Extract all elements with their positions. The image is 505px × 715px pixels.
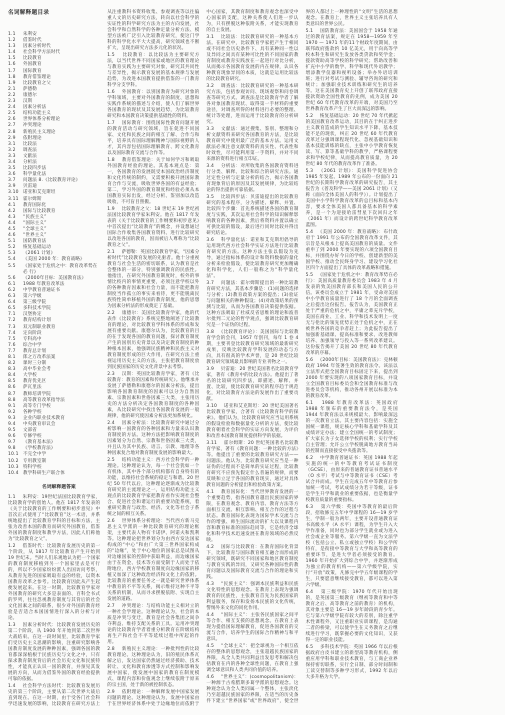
glossary-entry-number: 1.6 [107, 90, 122, 95]
directory-item-number: 10.4 [8, 471, 23, 477]
glossary-entry: 2.1 萨德勒：英国比较教育学家，“因素分析时代”比较教育发展的先驱者。他十分重… [107, 250, 199, 310]
glossary-entry-term: “全球主义”： [221, 644, 250, 649]
glossary-entry: 1.6 外国教育：以别国教育为研究对象的学科领域，主要对外国教育的制度、思想和实… [107, 90, 199, 120]
glossary-entry: 3.2 调查法：比较教育研究的一种基本研究方法，包括参观访问、现场观察和问卷调查… [206, 84, 298, 126]
glossary-entry-term: 恢复基础运动： [320, 114, 353, 119]
glossary-entry-term: 比较教育之父： [122, 207, 155, 212]
glossary-entry-text: 美国国际与比较教育学会的会刊，1957 年创刊，每年 1 卷 4 期，主要刊登比… [206, 330, 298, 365]
glossary-entry-term: 新殖民主义理论： [122, 647, 161, 652]
glossary-entry-text: 20 世纪 70 年代掀起的美国教育改革运动，其目的在于纠正进步主义教育造成的学… [306, 114, 398, 167]
glossary-entry: 3.9 贝雷迪：20 世纪美国著名比较教育学家，著有《教育中的比较方法》。他提出… [206, 367, 298, 403]
glossary-entry: 5.6 《2000年目标：美国教育法》：克林顿政府 1994 年签署生效的教育法… [306, 358, 398, 400]
glossary-entry-term: 问题法： [221, 281, 240, 286]
glossary-entry-text: 20 世纪美国著名比较教育学家，合著有《比较教育科学的探索》。他们认为，比较教育… [206, 404, 298, 439]
glossary-entry: 2.4 因素分析法：比较教育研究中通过分析影响一国教育的各种因素和力量来认识教育… [107, 421, 199, 457]
glossary-entry: 4.3 “民族主义”：强调本民族利益和民族文化特性的思想观念。在教育上表现为强调… [206, 582, 298, 612]
glossary-entry-number: 6.1 [306, 401, 322, 406]
glossary-entry-text: 与结构功能主义相对立的一种社会学理论。这种理论认为，社会的本质是冲突与变迁，教育… [107, 604, 199, 645]
glossary-entry-term: 《比较教育评论》： [221, 330, 260, 335]
glossary-entry: 3.5 比较四步法：贝雷迪提出的比较教育研究的基本程序，分为描述、解释、并置、比… [206, 195, 298, 237]
glossary-entry-text: 一种批判性的比较教育理论。这种理论认为，旧的殖民体系瓦解之后，发达国家仍然通过经… [107, 647, 199, 688]
glossary-entry-term: 朱利安： [23, 495, 42, 500]
glossary-entry-number: 5.2 [306, 114, 320, 119]
glossary-entry-term: 萨德勒： [122, 250, 141, 255]
glossary-entry-term: 世界体系分析理论： [122, 519, 166, 524]
glossary-entry-term: 1988 年教育改革法： [322, 401, 376, 406]
glossary-entry: 3.3 文献法：通过搜集、鉴别、整理和分析文献资料来研究各国教育的方法，是比较教… [206, 127, 298, 163]
glossary-entry-term: 教育国际化： [221, 490, 250, 495]
glossary-entry-number: 3.7 [206, 281, 221, 286]
glossary-entry-text: 18 世纪末 19 世纪初法国比较教育学家朱利安。他在 1817 年发表的《关于… [107, 207, 199, 248]
glossary-entry-number: 3.2 [206, 84, 221, 89]
glossary-entry-term: 科学量化法： [221, 238, 250, 243]
glossary-entry-number: 4.4 [206, 613, 221, 618]
glossary-entry: 2.2 康德尔：美国比较教育学家，他的代表作《比较教育》系统完整地阐述了比较教育… [107, 311, 199, 371]
glossary-entry-term: 康德尔： [122, 311, 141, 316]
glossary-entry-term: 国际与比较教育： [221, 545, 260, 550]
glossary-entry-number: 1.4 [8, 684, 23, 689]
glossary-entry: 4.4 “国际主义”：主张各民族国家之间平等合作、相互支援的思想观念。在教育上表… [206, 613, 298, 643]
glossary-entry: 5.3 《2061 计划》：美国科学促进协会 1985 年发起、1989 年公布… [306, 169, 398, 229]
glossary-entry-text: 美国国会于 1958 年通过的教育法案，规定在 1958—1959 年至 197… [306, 29, 398, 112]
glossary-entry-term: 国际教育： [122, 121, 146, 126]
glossary-entry-number: 3.5 [206, 195, 221, 200]
glossary-entry-term: “世界主义”： [221, 675, 250, 680]
glossary-entry-number: 4.2 [206, 545, 221, 550]
directory-item-label: 《国家处于危机之中：教育改革势在必 行》 [23, 264, 100, 276]
glossary-entry-text: 英国 1966 年以后根据政府白皮书建立的新型高等教育机构，侧重应用学科和职业技… [306, 645, 398, 680]
glossary-entry: 6.3 第六学级：英国中等教育的最后阶段，招收修完五年中学课程的 16—19 岁… [306, 505, 398, 589]
glossary-entry-number: 2.2 [107, 311, 122, 316]
glossary-entry: 4.2 国际与比较教育：在教育国际化背景下，比较教育与国际教育相互融合而形成的研… [206, 545, 298, 581]
glossary-entry-term: 国防教育法： [320, 29, 349, 34]
glossary-entry-text: 英国中等教育的最后阶段，招收修完五年中学课程的 16—19 岁学生，学制一般为两… [306, 505, 398, 588]
glossary-entry-number: 3.1 [206, 35, 221, 40]
glossary-entry-number: 2.9 [107, 690, 122, 695]
glossary-entry-term: 调查法： [221, 84, 240, 89]
glossary-entry-number: 1.7 [107, 121, 122, 126]
glossary-entry: 2.7 冲突理论：与结构功能主义相对立的一种社会学理论。这种理论认为，社会的本质… [107, 604, 199, 646]
glossary-entry-number: 5.6 [306, 358, 320, 363]
glossary-entry-term: “国际主义”： [221, 613, 250, 618]
glossary-entry-number: 1.5 [107, 53, 122, 58]
glossary-entry-text: 围绕国际性教育问题开展的教育活动与研究领域，旨在促进不同国家、文化和民族之间的相… [107, 121, 199, 156]
page-title: 名词解释题目录 [8, 10, 100, 16]
glossary-entry-number: 2.3 [107, 372, 122, 377]
glossary-entry-text: 英国 1988 年起实施的统一的中等教育考试证书制度（GCSE），由原来的普通教… [306, 456, 398, 503]
glossary-entry-number: 3.9 [206, 367, 220, 372]
glossary-entry-number: 1.3 [8, 623, 23, 628]
glossary-entry: 5.2 恢复基础运动：20 世纪 70 年代掀起的美国教育改革运动，其目的在于纠… [306, 114, 398, 168]
glossary-entry-number: 2.5 [107, 458, 122, 463]
glossary-entry-number: 4.3 [206, 582, 221, 587]
glossary-entry-term: 外国教育： [122, 90, 146, 95]
glossary-entry-number: 4.5 [206, 644, 221, 649]
glossary-entry: 3.6 科学量化法：诺亚和艾克斯坦倡导的运用现代西方社会科学实证方法进行比较教育… [206, 238, 298, 280]
glossary-entry-text: 20 世纪美国著名比较教育学家，著有《教育中的比较方法》。他提出了著名的比较研究… [206, 367, 298, 402]
glossary-entry: 2.5 结构功能主义：西方社会科学的一种理论。这种理论认为，每一个社会犹如一个有… [107, 458, 199, 518]
glossary-entry-text: 19世纪法国比较教育学家，比较教育学的创始人。他在 1817 年发表的《关于比较… [8, 495, 100, 542]
glossary-entry-number: 4.1 [206, 490, 221, 495]
glossary-entry: 6.4 第三级学院：1970 年代开始出现的，是英国第三级教育（继初等教育和中等… [306, 590, 398, 644]
glossary-entry-term: 文献法： [221, 127, 240, 132]
glossary-entry-number: 3.6 [206, 238, 221, 243]
glossary-entry: 4.1 教育国际化：当代世界教育发展的一个重要趋势，指各国教育越出民族国家的界限… [206, 490, 298, 544]
glossary-entry: 2.8 新殖民主义理论：一种批判性的比较教育理论。这种理论认为，旧的殖民体系瓦解… [107, 647, 199, 689]
glossary-entry-text: 英国政府 1988 年颁布的重要教育法令，是英国 1944 年教育法以来规模最大… [306, 401, 398, 454]
glossary-entry: 1.3 因素分析时代：比较教育发展历史的第二个阶段，从 1900 年开始到第二次… [8, 623, 100, 683]
glossary-entry-number: 6.2 [306, 456, 321, 461]
glossary-entry-term: 汉斯： [122, 372, 137, 377]
glossary-entry: 3.1 比较法：比较教育研究的一种基本方法。在研究中，比较教育学家把产生于相同或… [206, 35, 298, 83]
glossary-entry-term: 《2061 计划》： [321, 169, 357, 174]
glossary-entry-number: 1.2 [8, 544, 23, 549]
glossary-entry: 1.9 比较教育之父：18 世纪末 19 世纪初法国比较教育学家朱利安。他在 1… [107, 207, 199, 249]
document-page: 名词解释题目录 1.1朱利安1.2借鉴时代1.3因素分析时代1.4社会科学方法时… [0, 0, 505, 715]
glossary-entry-number: 6.4 [306, 590, 321, 595]
glossary-entry-term: 第三级学院： [321, 590, 353, 595]
glossary-entry-text: 克林顿政府 1994 年签署生效的教育法令。该法以立法形式把全国教育目标固定下来… [306, 358, 398, 399]
glossary-entry: 1.5 比较教育：以比较法为主要研究方法，以当代世界不同国家或地区的教育理论与教… [107, 53, 199, 89]
glossary-entry-text: 20 世纪英国著名比较教育学家，著有《教育问题：一种比较的方法》等。他提出了重要… [206, 441, 298, 488]
glossary-entry-text: 当代西方新马克思主义学派的一种比较教育研究的理论框架，主要代表人物有卡诺伊、阿诺… [107, 519, 199, 602]
glossary-entry-term: 教育借鉴理论： [122, 158, 156, 163]
glossary-entry: 1.8 教育借鉴理论：关于如何学习和吸取外国教育经验的理论。其基本观点是：第一，… [107, 158, 199, 206]
glossary-entry-term: 冲突理论： [122, 604, 146, 609]
directory-item-number: 5.5 [8, 264, 23, 276]
glossary-entry-term: 比较法： [221, 35, 240, 40]
glossary-entry: 6.2 中学教育普通证书：英国 1988 年起实施的统一的中等教育考试证书制度（… [306, 456, 398, 504]
glossary-entry-text: 以比较法为主要研究方法，以当代世界不同国家或地区的教育理论与教育实践为主要研究对… [107, 53, 199, 88]
glossary-entry: 6.1 1988 年教育改革法：英国政府 1988 年颁布的重要教育法令，是英国… [306, 401, 398, 455]
glossary-entry-number: 5.1 [306, 29, 321, 34]
glossary-entry-number: 4.6 [206, 675, 220, 680]
glossary-entry: 3.4 分析法：对所收集的各国教育资料进行分类、解释、比较和综合的研究方法。通过… [206, 164, 298, 194]
glossary-entry-text: 比较教育发展历史的第一个阶段，从 1817 年比较教育产生开始到 19 世纪末。… [8, 544, 100, 621]
glossary-entry: 3.11 霍尔姆斯：20 世纪英国著名比较教育学家，著有《教育问题：一种比较的方… [206, 441, 298, 489]
directory-item: 10.4教学科研生产联合体 [8, 471, 100, 477]
glossary-entry-text: 西方社会科学的一种理论。这种理论认为，每一个社会犹如一个有机体，其中各个部分机构… [107, 458, 199, 517]
glossary-entry-number: 1.1 [8, 495, 23, 500]
glossary-entry-text: 英国比较教育学家，“因素分析时代”比较教育发展的先驱者。他十分重视教育与社会生活… [107, 250, 199, 309]
glossary-entry-number: 2.6 [107, 519, 122, 524]
glossary-entry-number: 6.5 [306, 645, 321, 650]
glossary-entry-text: 1970 年代开始出现的，是英国第三级教育（继初等教育和中等教育之后、高等教育之… [306, 590, 398, 643]
glossary-entry-number: 2.1 [107, 250, 121, 255]
directory-list: 1.1朱利安1.2借鉴时代1.3因素分析时代1.4社会科学方法时代1.5比较教育… [8, 32, 100, 477]
glossary-entry-term: 多科技术学院： [320, 645, 354, 650]
glossary-entry-term: 依附理论： [122, 690, 146, 695]
glossary-entry-term: 因素分析时代： [23, 623, 57, 628]
glossary-entry-text: 美国科学促进协会 1985 年发起、1989 年公布的一份面向 21 世纪的长期… [306, 169, 398, 228]
glossary-entry-number: 2.7 [107, 604, 122, 609]
glossary-entry-number: 1.9 [107, 207, 121, 212]
glossary-entry-text: 美国比较教育学家，他的代表作《比较教育》系统完整地阐述了比较教育的理论，对比较教… [107, 311, 199, 370]
glossary-entry-term: 贝雷迪： [221, 367, 240, 372]
glossary-entry-number: 3.11 [206, 441, 224, 446]
glossary-entry-text: 比较教育研究的一种基本研究方法，包括参观访问、现场观察和问卷调查等研究方式。调查… [206, 84, 298, 125]
glossary-entry-text: 通过搜集、鉴别、整理和分析文献资料来研究各国教育的方法，是比较教育研究中使用最广… [206, 127, 298, 162]
glossary-entry-term: 比较四步法： [221, 195, 250, 200]
glossary-entry-number: 1.8 [107, 158, 122, 163]
glossary-entry: 1.1 朱利安：19世纪法国比较教育学家，比较教育学的创始人。他在 1817 年… [8, 495, 100, 543]
glossary-entry: 3.10 诺亚和艾克斯坦：20 世纪美国著名比较教育学家，合著有《比较教育科学的… [206, 404, 298, 440]
glossary-entry-term: 分析法： [221, 164, 240, 169]
glossary-entry-number: 6.3 [306, 505, 321, 510]
glossary-entry-text: 诺亚和艾克斯坦倡导的运用现代西方社会科学实证方法进行比较教育研究的方法。这种方法… [206, 238, 298, 279]
glossary-entry-term: 诺亚和艾克斯坦： [224, 404, 262, 409]
glossary-entry: 2.3 汉斯：英国比较教育学家，著有《比较教育：教育的因素和传统研究》。他继承并… [107, 372, 199, 420]
glossary-entry: 6.5 多科技术学院：英国 1966 年以后根据政府白皮书建立的新型高等教育机构… [306, 645, 398, 681]
directory-item-label: 教学科研生产联合体 [23, 471, 100, 477]
glossary-entry-number: 2.4 [107, 421, 122, 426]
glossary-entry-number: 3.8 [206, 330, 221, 335]
glossary-entry-text: 霍尔姆斯提出的一种比较教育研究方法，其基本步骤是：(1)问题的选择与分析；(2)… [206, 281, 298, 328]
glossary-entry-text: 美国高质量教育委员会 1983 年 4 月发表的致美国教育部长和美国人民的公开信… [306, 279, 398, 356]
glossary-entry: 3.7 问题法：霍尔姆斯提出的一种比较教育研究方法，其基本步骤是：(1)问题的选… [206, 281, 298, 329]
glossary-entry-number: 5.5 [306, 273, 320, 278]
document-flow: 名词解释题目录 1.1朱利安1.2借鉴时代1.3因素分析时代1.4社会科学方法时… [0, 0, 505, 715]
glossary-entry: 1.2 借鉴时代：比较教育发展历史的第一个阶段，从 1817 年比较教育产生开始… [8, 544, 100, 622]
glossary-entry-term: 比较教育： [122, 53, 148, 58]
glossary-entry-number: 3.10 [206, 404, 224, 409]
glossary-entry-term: 社会科学方法时代： [23, 684, 67, 689]
glossary-entry-term: 因素分析法： [122, 421, 151, 426]
glossary-entry-text: 英国比较教育学家，著有《比较教育：教育的因素和传统研究》。他继承并发展了萨德勒和… [107, 372, 199, 419]
glossary-entry: 5.1 国防教育法：美国国会于 1958 年通过的教育法案，规定在 1958—1… [306, 29, 398, 113]
glossary-entry-text: 比较教育研究的一种基本方法。在研究中，比较教育学家把产生于相同或不同社会历史条件… [206, 35, 298, 82]
glossary-entry-term: 《美国 2000 年：教育战略》： [320, 230, 383, 235]
glossary-entry: 4.5 “全球主义”：把全球视为一个相互依存的整体的思想观念，主张超越民族国家的… [206, 644, 298, 674]
glossary-entry-number: 3.4 [206, 164, 221, 169]
glossary-entry: 5.4 《美国 2000 年：教育战略》：布什政府于 1991 年公布的全国教育… [306, 230, 398, 272]
glossary-entry: 2.6 世界体系分析理论：当代西方新马克思主义学派的一种比较教育研究的理论框架，… [107, 519, 199, 603]
glossary-entry-term: 霍尔姆斯： [224, 441, 248, 446]
glossary-entry-term: “民族主义”： [221, 582, 250, 587]
glossary-entry-number: 2.8 [107, 647, 122, 652]
glossary-entry: 3.8 《比较教育评论》：美国国际与比较教育学会的会刊，1957 年创刊，每年 … [206, 330, 298, 366]
answers-header: 名词解释题答案 [42, 485, 100, 491]
glossary-entry-term: 中学教育普通证书： [320, 456, 363, 461]
glossary-entry-text: 布什政府于 1991 年公布的全国教育改革文件，其宗旨是从根本上提高美国教育的质… [306, 230, 398, 271]
glossary-entry-text: 在教育国际化背景下，比较教育与国际教育相互融合而形成的研究领域，既研究不同国家和… [206, 545, 298, 580]
glossary-entry-text: 比较教育研究中通过分析影响一国教育的各种因素和力量来认识教育制度的方法。这种方法… [107, 421, 199, 456]
glossary-entry-text: 比较教育发展历史的第二个阶段，从 1900 年开始到第二次世界大战结束。在这一段… [8, 623, 100, 682]
glossary-entry-term: 借鉴时代： [23, 544, 47, 549]
glossary-entry-number: 5.3 [306, 169, 321, 174]
glossary-entry-text: 当代世界教育发展的一个重要趋势，指各国教育越出民族国家的界限，在教育观念、教育内… [206, 490, 298, 543]
glossary-entry-term: 第六学级： [321, 505, 347, 510]
glossary-entry-number: 5.4 [306, 230, 321, 235]
glossary-entry-term: 《2000年目标：美国教育法》： [320, 358, 384, 363]
glossary-entry: 5.5 《国家处于危机之中：教育改革势在必行》：美国高质量教育委员会 1983 … [306, 273, 398, 357]
glossary-entry-text: 贝雷迪提出的比较教育研究的基本程序，分为描述、解释、并置、比较四个步骤：首先系统… [206, 195, 298, 236]
glossary-entry: 1.7 国际教育：围绕国际性教育问题开展的教育活动与研究领域，旨在促进不同国家、… [107, 121, 199, 157]
glossary-entry-text: 关于如何学习和吸取外国教育经验的理论。其基本观点是：第一，各国教育的发展既受本国… [107, 158, 199, 205]
directory-item: 5.5《国家处于危机之中：教育改革势在必 行》 [8, 264, 100, 276]
glossary-entry-number: 3.3 [206, 127, 221, 132]
glossary-entry-term: 结构功能主义： [122, 458, 156, 463]
